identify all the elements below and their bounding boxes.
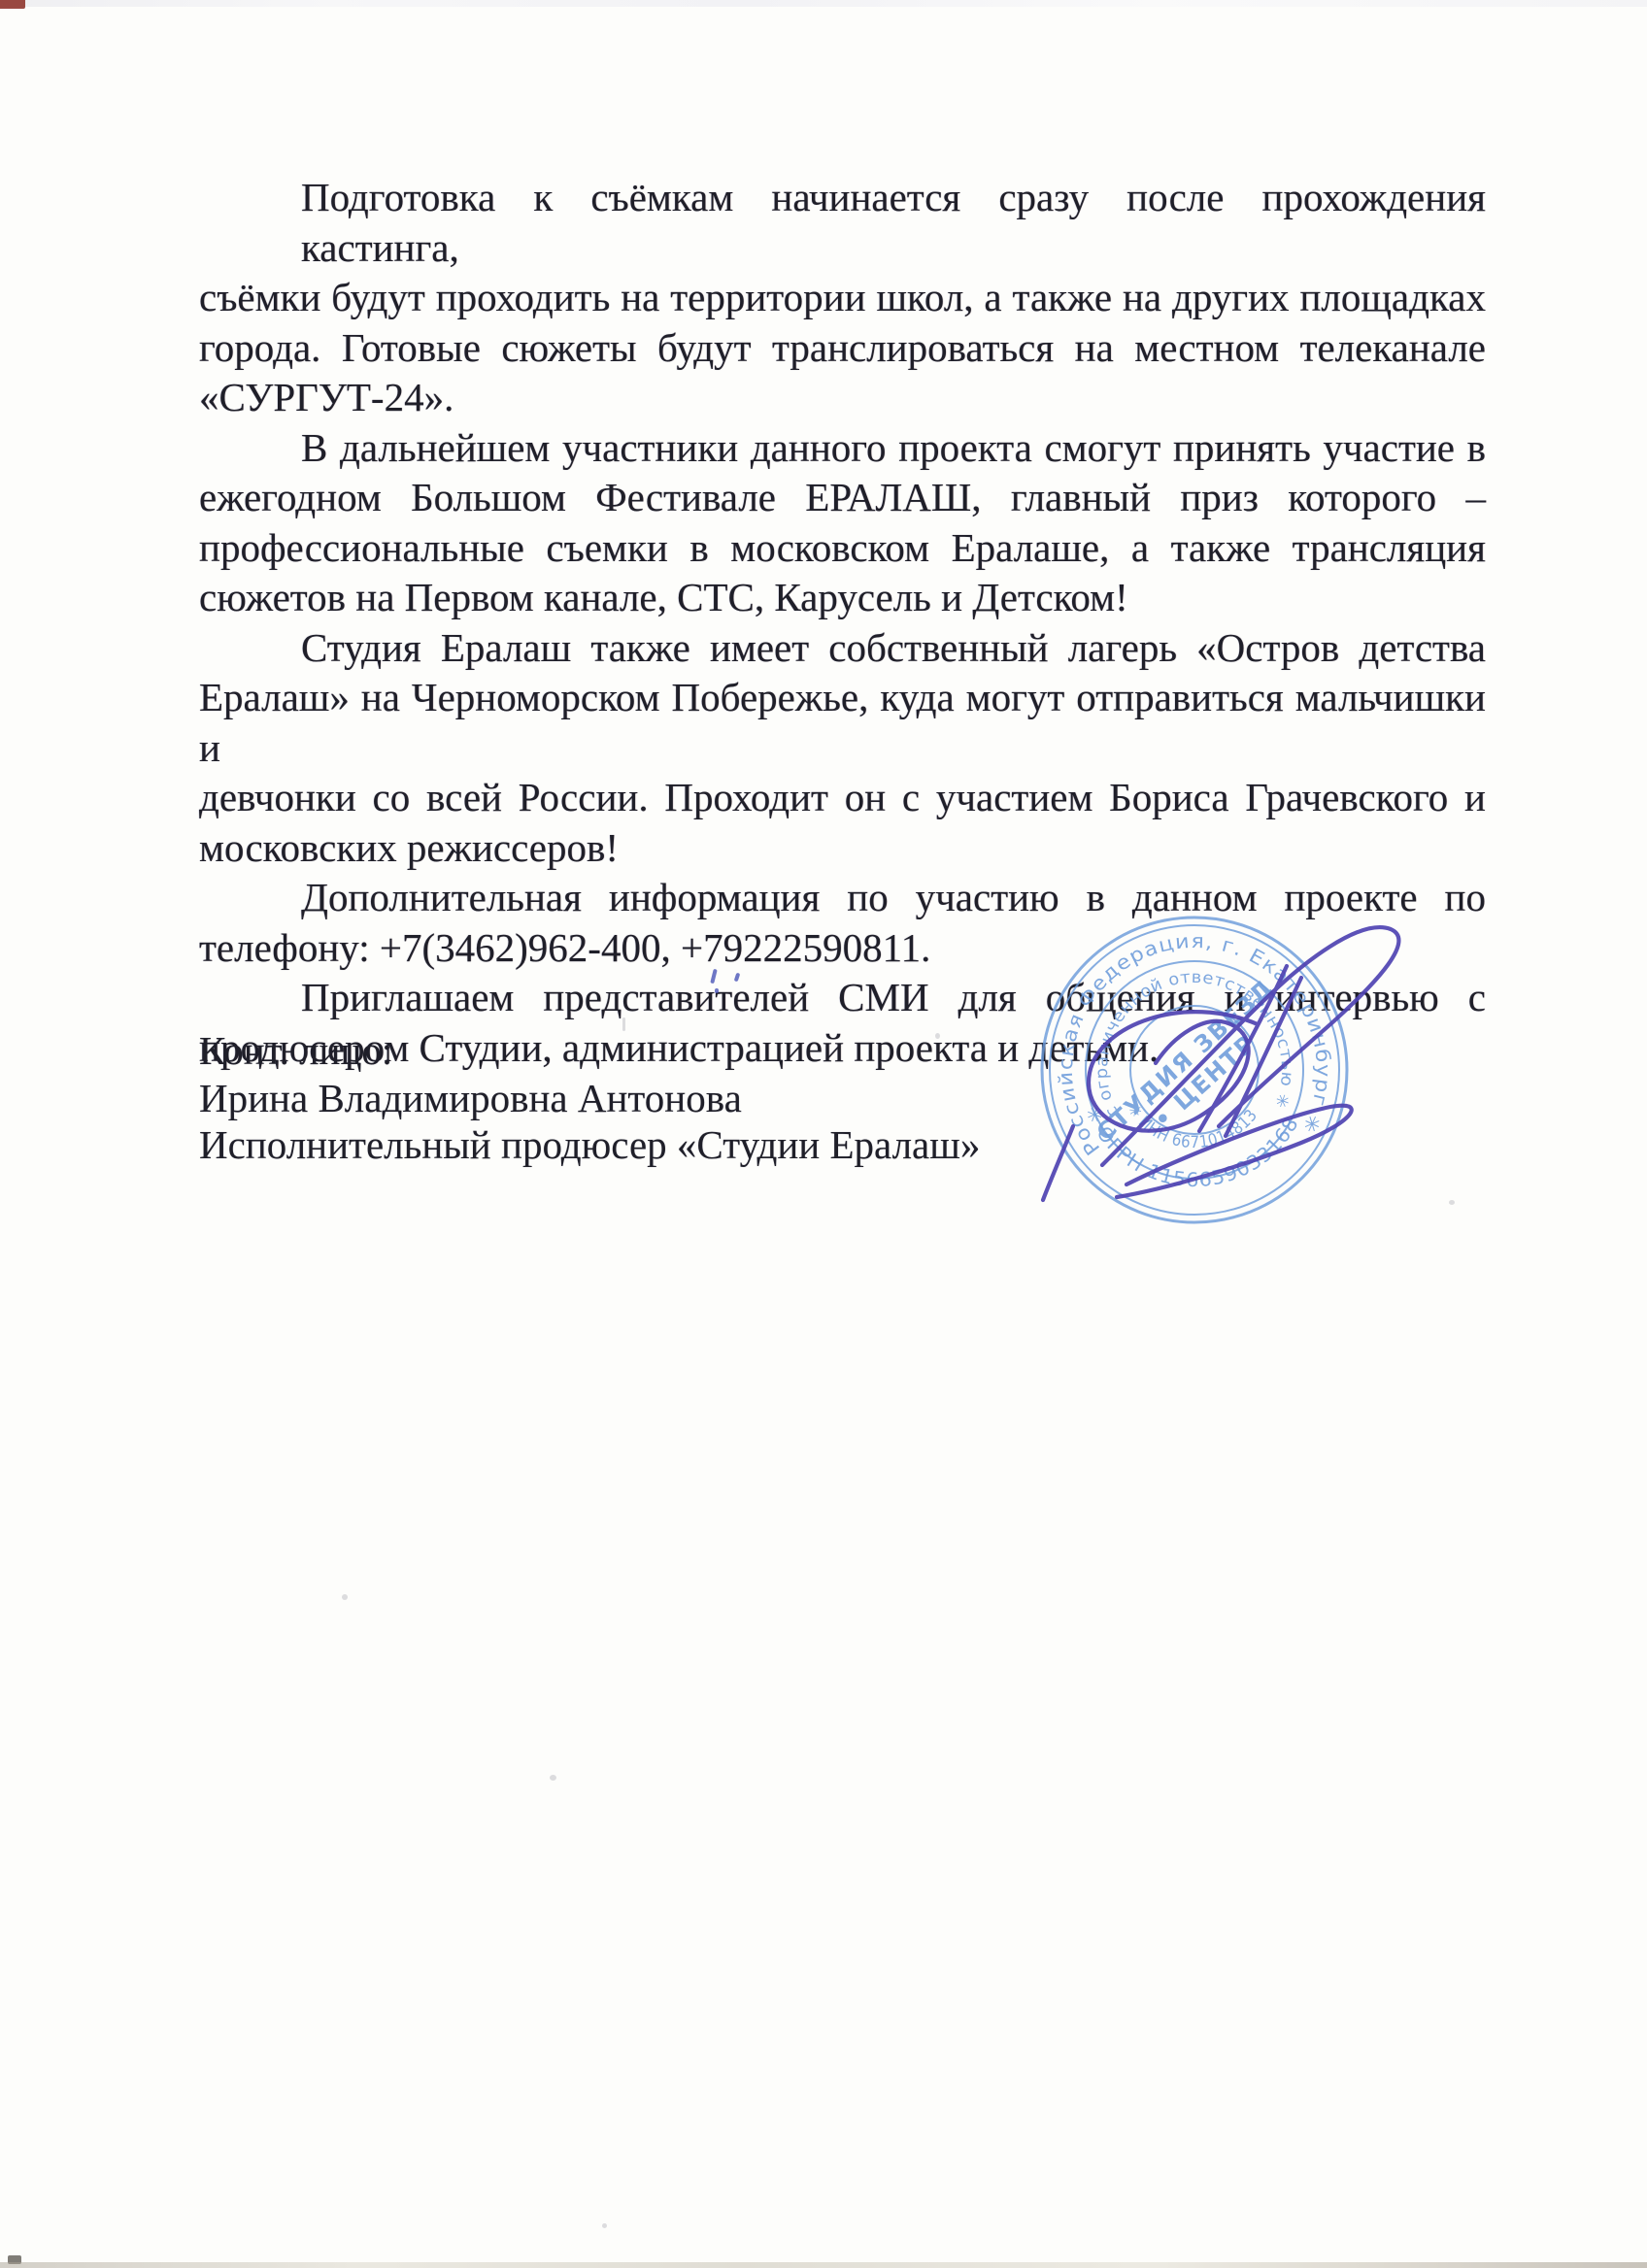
contact-label: Конт. лицо:: [199, 1027, 980, 1075]
scan-edge-bottom: [0, 2262, 1647, 2268]
scan-corner-artifact: [0, 0, 25, 9]
contact-person-title: Исполнительный продюсер «Студии Ералаш»: [199, 1121, 980, 1169]
body-line: ежегодном Большом Фестивале ЕРАЛАШ, глав…: [199, 473, 1486, 523]
pen-stray-mark: [715, 988, 719, 993]
body-line: девчонки со всей России. Проходит он с у…: [199, 773, 1486, 823]
body-line: сюжетов на Первом канале, СТС, Карусель …: [199, 573, 1486, 623]
body-line: «СУРГУТ-24».: [199, 373, 1486, 423]
body-line: В дальнейшем участники данного проекта с…: [199, 423, 1486, 474]
body-line: профессиональные съемки в московском Ера…: [199, 523, 1486, 574]
contact-block: Конт. лицо: Ирина Владимировна Антонова …: [199, 1027, 980, 1169]
body-line: съёмки будут проходить на территории шко…: [199, 273, 1486, 323]
body-line: Ералаш» на Черноморском Побережье, куда …: [199, 673, 1486, 773]
scanned-letter-page: { "doc": { "lines": [ "Подготовка к съём…: [0, 0, 1647, 2268]
body-line: московских режиссеров!: [199, 823, 1486, 874]
contact-person-name: Ирина Владимировна Антонова: [199, 1075, 980, 1122]
scan-edge-top: [0, 0, 1647, 7]
body-line: города. Готовые сюжеты будут транслирова…: [199, 323, 1486, 374]
company-stamp-and-signature: Российская Федерация, г. Екатеринбург ✳ …: [1000, 903, 1408, 1252]
body-line: Студия Ералаш также имеет собственный ла…: [199, 623, 1486, 674]
body-line: Подготовка к съёмкам начинается сразу по…: [199, 173, 1486, 273]
